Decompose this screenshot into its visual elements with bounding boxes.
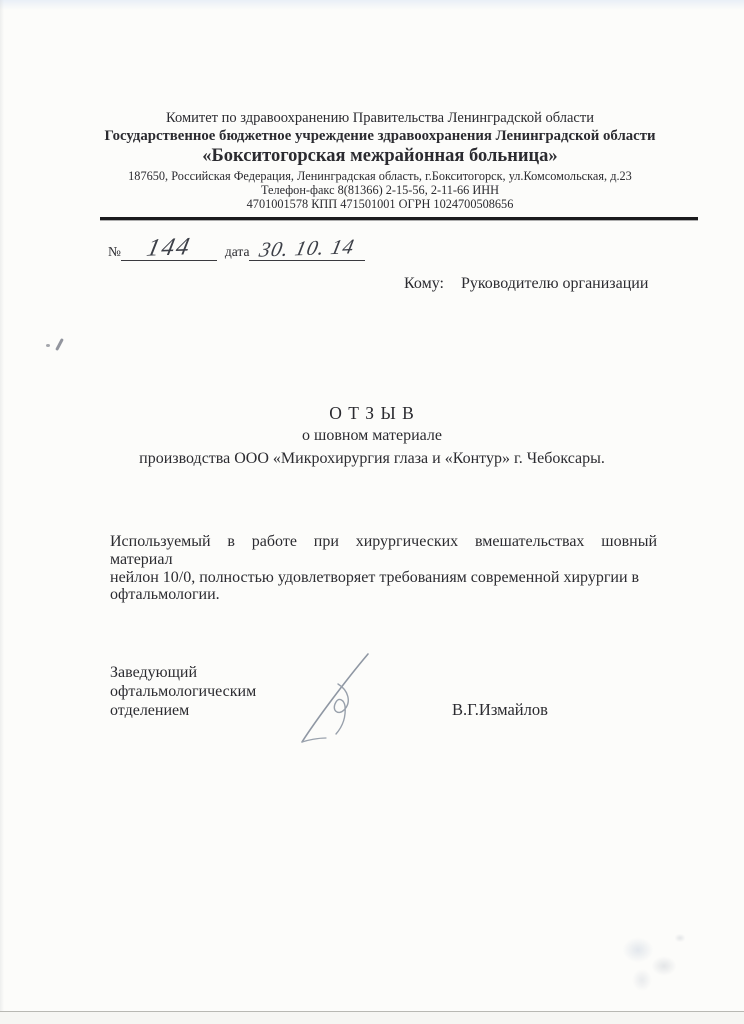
document-subtitle: о шовном материале bbox=[0, 425, 744, 447]
addressee-line: Кому: Руководителю организации bbox=[404, 275, 648, 293]
smudge-mark bbox=[46, 344, 50, 347]
signatory-position: Заведующий офтальмологическим отделением bbox=[110, 664, 256, 720]
scan-edge-bottom bbox=[0, 1012, 744, 1024]
faint-stamp-smudge bbox=[606, 922, 702, 1004]
smudge-mark bbox=[55, 338, 64, 351]
body-line: Используемый в работе при хирургических … bbox=[110, 533, 657, 551]
document-subject-line: производства ООО «Микрохирургия глаза и … bbox=[0, 447, 744, 470]
letterhead-institution-line: Государственное бюджетное учреждение здр… bbox=[30, 127, 730, 145]
handwritten-number: 144 bbox=[118, 232, 221, 263]
letterhead-address-line: 187650, Российская Федерация, Ленинградс… bbox=[30, 169, 730, 183]
document-title: О Т З Ы В bbox=[0, 402, 744, 425]
letterhead-hospital-name: «Бокситогорская межрайонная больница» bbox=[30, 145, 730, 167]
signatory-name: В.Г.Измайлов bbox=[452, 700, 548, 720]
letterhead-registration-line: 4701001578 КПП 471501001 ОГРН 1024700508… bbox=[30, 197, 730, 211]
handwritten-signature bbox=[298, 650, 382, 748]
body-line: офтальмологии. bbox=[110, 586, 657, 604]
handwritten-date: 30. 10. 14 bbox=[246, 234, 368, 263]
letterhead-committee-line: Комитет по здравоохранению Правительства… bbox=[30, 110, 730, 127]
addressee-label: Кому: bbox=[404, 275, 444, 293]
signatory-position-line: отделением bbox=[110, 702, 256, 721]
reference-line: № 144 дата 30. 10. 14 bbox=[108, 240, 365, 261]
scanned-document-page: Комитет по здравоохранению Правительства… bbox=[0, 0, 744, 1024]
number-blank-line: 144 bbox=[121, 240, 217, 261]
scan-bottom-line bbox=[0, 1011, 744, 1012]
letterhead-phone-line: Телефон-факс 8(81366) 2-15-56, 2-11-66 И… bbox=[30, 183, 730, 197]
signatory-position-line: офтальмологическим bbox=[110, 683, 256, 702]
letterhead: Комитет по здравоохранению Правительства… bbox=[30, 110, 730, 211]
body-line: нейлон 10/0, полностью удовлетворяет тре… bbox=[110, 569, 657, 587]
signatory-position-line: Заведующий bbox=[110, 664, 256, 683]
body-paragraph: Используемый в работе при хирургических … bbox=[110, 533, 657, 604]
date-blank-line: 30. 10. 14 bbox=[249, 240, 365, 261]
addressee-value: Руководителю организации bbox=[461, 275, 648, 293]
letterhead-divider-rule bbox=[100, 217, 698, 220]
document-title-block: О Т З Ы В о шовном материале производств… bbox=[0, 402, 744, 470]
scan-edge-left bbox=[0, 0, 4, 1024]
scan-edge-top bbox=[0, 0, 744, 10]
body-line: материал bbox=[110, 551, 657, 569]
